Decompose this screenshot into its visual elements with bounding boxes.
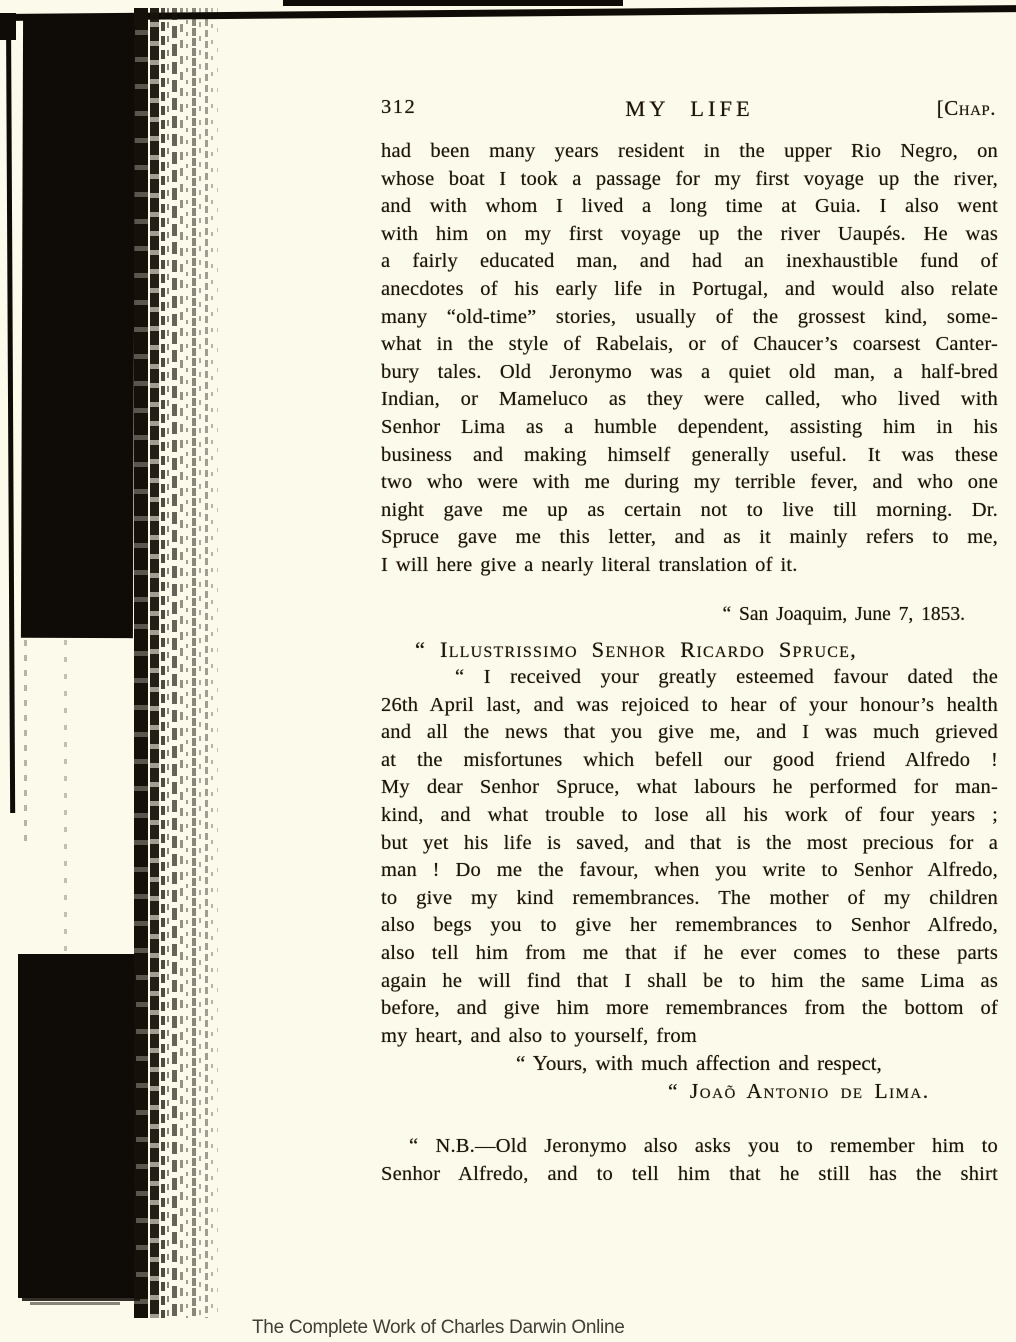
scan-streak bbox=[192, 8, 196, 1318]
scan-streak bbox=[167, 8, 169, 1318]
letter-dateline: “ San Joaquim, June 7, 1853. bbox=[381, 601, 998, 628]
text-line: a fairly educated man, and had an inexha… bbox=[381, 248, 998, 276]
letter-postscript: “ N.B.—Old Jeronymo also asks you to rem… bbox=[381, 1133, 998, 1188]
scan-ink-block-lower bbox=[18, 954, 136, 1298]
scan-streak bbox=[217, 8, 218, 1318]
text-line: kind, and what trouble to lose all his w… bbox=[381, 802, 998, 830]
text-line: but yet his life is saved, and that is t… bbox=[381, 830, 998, 858]
text-line: anecdotes of his early life in Portugal,… bbox=[381, 276, 998, 304]
letter-salutation: “ Illustrissimo Senhor Ricardo Spruce, bbox=[381, 636, 998, 664]
scan-left-edge-line bbox=[6, 17, 15, 813]
text-line: night gave me up as certain not to live … bbox=[381, 497, 998, 525]
text-line: also begs you to give her remembrances t… bbox=[381, 912, 998, 940]
scan-top-edge-segment bbox=[283, 0, 623, 6]
text-line: to give my kind remembrances. The mother… bbox=[381, 885, 998, 913]
scan-streak bbox=[150, 8, 159, 1318]
scan-speckle-trail bbox=[24, 640, 27, 850]
letter-valediction: “ Yours, with much affection and respect… bbox=[381, 1050, 998, 1078]
text-line: bury tales. Old Jeronymo was a quiet old… bbox=[381, 359, 998, 387]
scan-ink-smear bbox=[30, 1302, 120, 1305]
text-line: I will here give a nearly literal transl… bbox=[381, 552, 998, 580]
scan-streak bbox=[172, 8, 177, 1318]
text-line: again he will find that I shall be to hi… bbox=[381, 968, 998, 996]
text-line: Senhor Alfredo, and to tell him that he … bbox=[381, 1161, 998, 1189]
text-line: Senhor Lima as a humble dependent, assis… bbox=[381, 414, 998, 442]
text-line: also tell him from me that if he ever co… bbox=[381, 940, 998, 968]
scan-streak bbox=[211, 8, 213, 1318]
text-line: and with whom I lived a long time at Gui… bbox=[381, 193, 998, 221]
scan-streak bbox=[186, 8, 188, 1318]
text-line: 26th April last, and was rejoiced to hea… bbox=[381, 692, 998, 720]
text-line: Indian, or Mameluco as they were called,… bbox=[381, 386, 998, 414]
paragraph-main: had been many years resident in the uppe… bbox=[381, 138, 998, 580]
text-line: Spruce gave me this letter, and as it ma… bbox=[381, 524, 998, 552]
text-line: what in the style of Rabelais, or of Cha… bbox=[381, 331, 998, 359]
scan-speckle-trail bbox=[64, 640, 67, 960]
text-line: many “old-time” stories, usually of the … bbox=[381, 304, 998, 332]
page-header: 312 MY LIFE [Chap. bbox=[381, 96, 998, 122]
text-line: at the misfortunes which befell our good… bbox=[381, 747, 998, 775]
text-line: man ! Do me the favour, when you write t… bbox=[381, 857, 998, 885]
letter-body: “ I received your greatly esteemed favou… bbox=[381, 664, 998, 1050]
text-line: “ I received your greatly esteemed favou… bbox=[381, 664, 998, 692]
running-title: MY LIFE bbox=[381, 96, 998, 122]
text-line: with him on my first voyage up the river… bbox=[381, 221, 998, 249]
text-line: two who were with me during my terrible … bbox=[381, 469, 998, 497]
text-line: whose boat I took a passage for my first… bbox=[381, 166, 998, 194]
letter-signature: “ Joaõ Antonio de Lima. bbox=[381, 1078, 998, 1106]
scan-streak bbox=[199, 8, 201, 1318]
scan-ink-block-upper bbox=[21, 16, 135, 638]
text-line: and all the news that you give me, and I… bbox=[381, 719, 998, 747]
scan-streak bbox=[180, 8, 183, 1318]
scan-streak bbox=[161, 8, 165, 1318]
text-line: business and making himself generally us… bbox=[381, 442, 998, 470]
scan-streak bbox=[205, 8, 208, 1318]
text-line: My dear Senhor Spruce, what labours he p… bbox=[381, 774, 998, 802]
scan-streak bbox=[134, 8, 148, 1318]
scan-ink-smear bbox=[22, 1296, 140, 1301]
scanned-book-page: 312 MY LIFE [Chap. had been many years r… bbox=[0, 0, 1016, 1342]
text-line: before, and give him more remembrances f… bbox=[381, 995, 998, 1023]
text-line: “ N.B.—Old Jeronymo also asks you to rem… bbox=[381, 1133, 998, 1161]
chapter-marker: [Chap. bbox=[937, 96, 996, 121]
watermark-caption: The Complete Work of Charles Darwin Onli… bbox=[252, 1317, 624, 1339]
text-line: had been many years resident in the uppe… bbox=[381, 138, 998, 166]
text-line: my heart, and also to yourself, from bbox=[381, 1023, 998, 1051]
